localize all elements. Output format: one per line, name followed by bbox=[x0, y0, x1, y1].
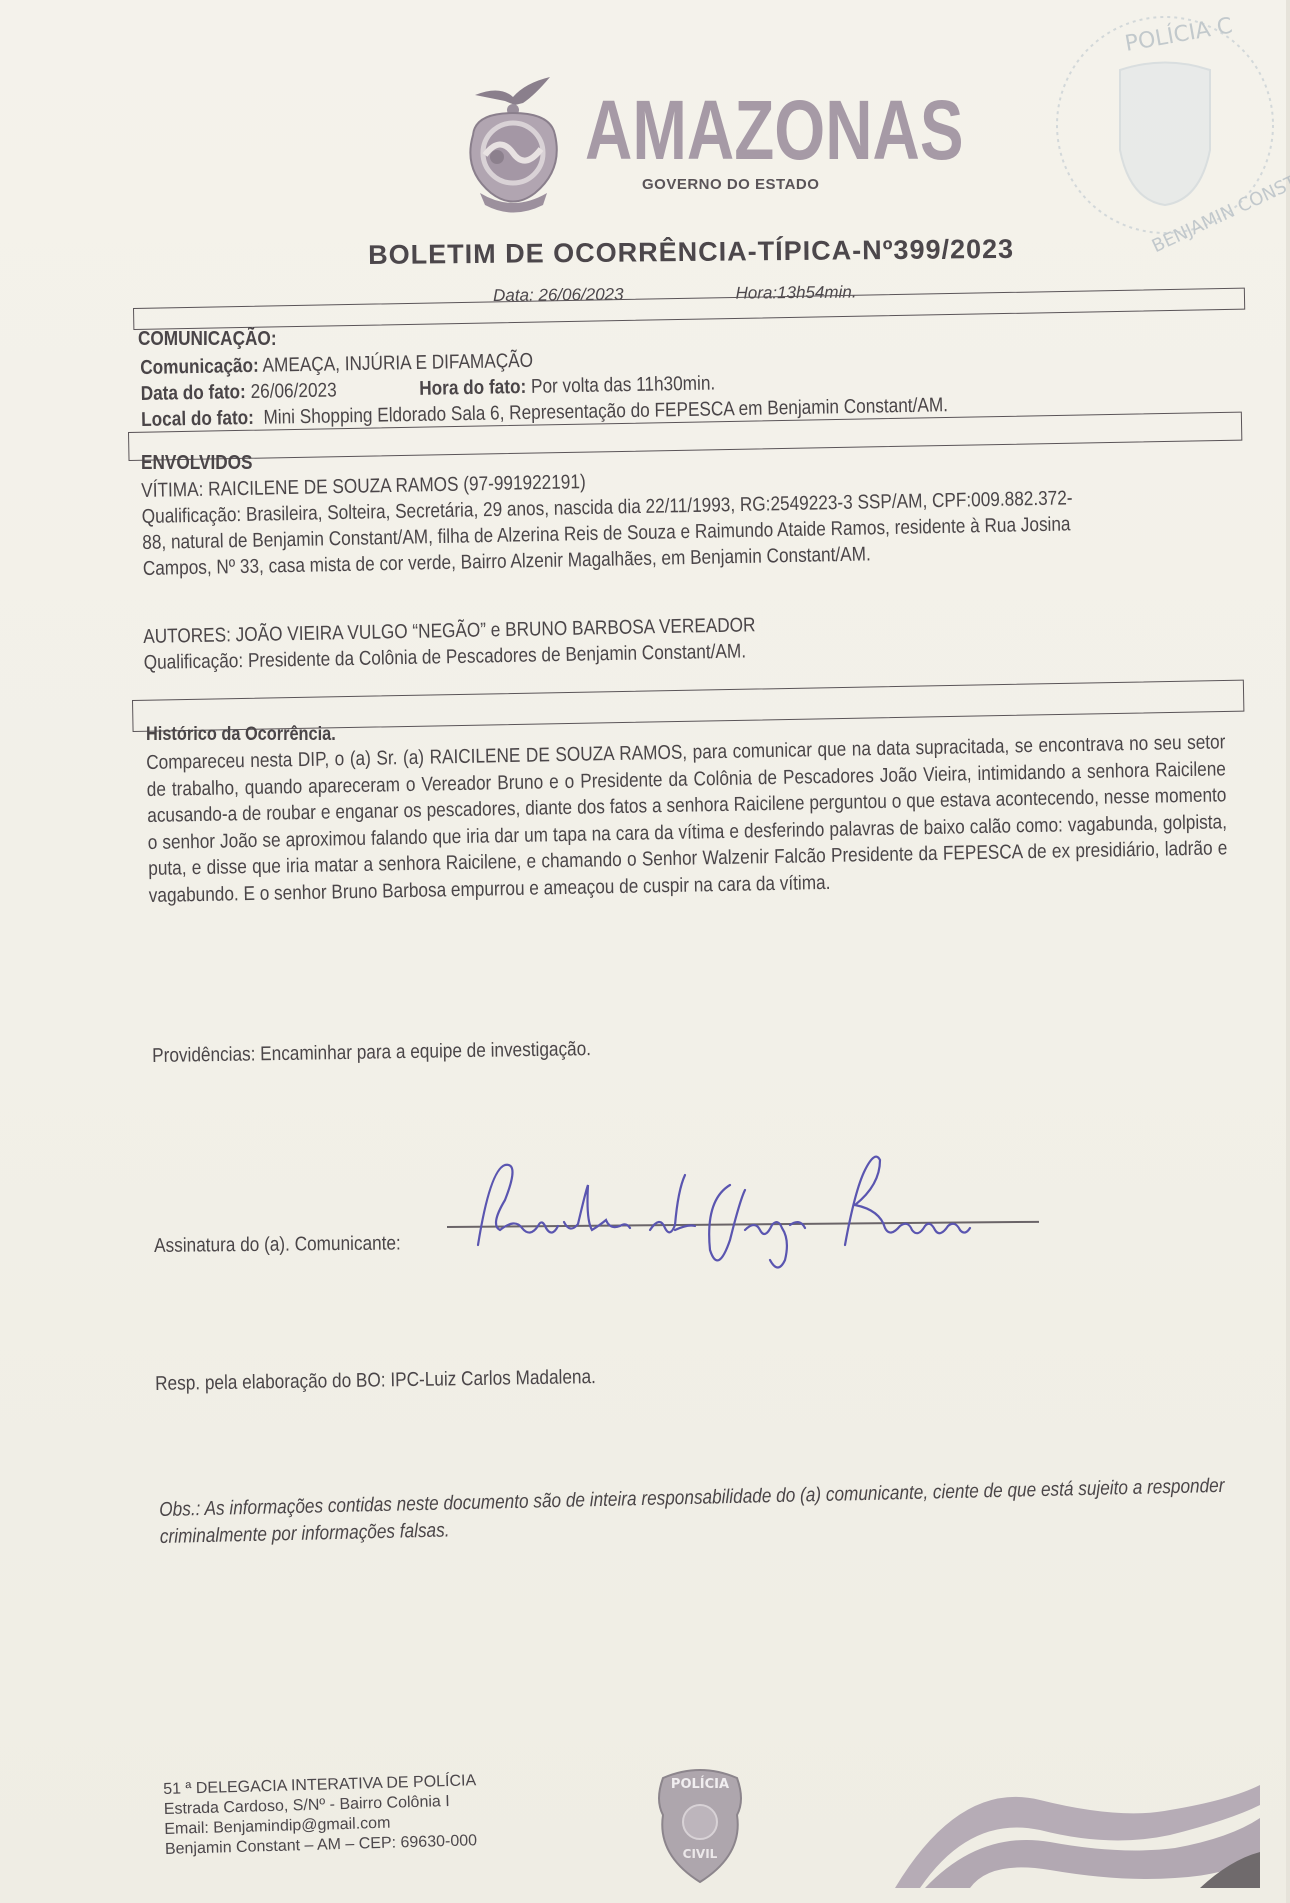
section-historico-label: Histórico da Ocorrência. bbox=[146, 724, 336, 746]
document-title: BOLETIM DE OCORRÊNCIA-TÍPICA-Nº399/2023 bbox=[368, 234, 1014, 271]
time-value: Por volta das 11h30min. bbox=[531, 372, 716, 397]
authors-block: AUTORES: JOÃO VIEIRA VULGO “NEGÃO” e BRU… bbox=[143, 610, 856, 676]
handwritten-signature bbox=[460, 1130, 980, 1280]
date-label: Data do fato: bbox=[141, 381, 246, 405]
section-envolvidos-label: ENVOLVIDOS bbox=[141, 452, 253, 475]
state-coat-of-arms-icon bbox=[455, 75, 575, 220]
brand-title: AMAZONAS bbox=[585, 88, 964, 172]
page-edge bbox=[1286, 0, 1290, 1903]
svg-text:POLÍCIA: POLÍCIA bbox=[671, 1776, 729, 1792]
communication-label: Comunicação: bbox=[140, 355, 259, 379]
signature-label: Assinatura do (a). Comunicante: bbox=[154, 1232, 401, 1258]
authors-label: AUTORES bbox=[143, 624, 226, 648]
historico-text: Compareceu nesta DIP, o (a) Sr. (a) RAIC… bbox=[146, 729, 1228, 909]
decorative-wave bbox=[870, 1760, 1290, 1903]
communication-value: AMEAÇA, INJÚRIA E DIFAMAÇÃO bbox=[262, 350, 533, 377]
police-stamp-icon: POLÍCIA C BENJAMIN CONSTANT bbox=[1050, 0, 1290, 260]
observation-text: Obs.: As informações contidas neste docu… bbox=[159, 1472, 1256, 1551]
footer-address: 51 ª DELEGACIA INTERATIVA DE POLÍCIA Est… bbox=[163, 1771, 478, 1860]
victim-qualification-label: Qualificação: bbox=[142, 504, 242, 528]
authors-qualification-label: Qualificação: bbox=[144, 650, 244, 674]
document-page: AMAZONAS GOVERNO DO ESTADO POLÍCIA C BEN… bbox=[0, 0, 1290, 1903]
victim-block: VÍTIMA: RAICILENE DE SOUZA RAMOS (97-991… bbox=[141, 456, 1225, 582]
place-label: Local do fato: bbox=[141, 407, 254, 431]
brand-subtitle: GOVERNO DO ESTADO bbox=[642, 176, 819, 193]
section-comunicacao-label: COMUNICAÇÃO: bbox=[138, 328, 277, 351]
police-badge-icon: POLÍCIA CIVIL bbox=[655, 1760, 745, 1885]
date-value: 26/06/2023 bbox=[250, 379, 336, 403]
time-label: Hora do fato: bbox=[419, 376, 526, 400]
providencias-text: Providências: Encaminhar para a equipe d… bbox=[152, 1038, 591, 1068]
victim-label: VÍTIMA: bbox=[141, 479, 204, 502]
svg-text:CIVIL: CIVIL bbox=[683, 1847, 718, 1861]
responsible-text: Resp. pela elaboração do BO: IPC-Luiz Ca… bbox=[155, 1366, 596, 1396]
